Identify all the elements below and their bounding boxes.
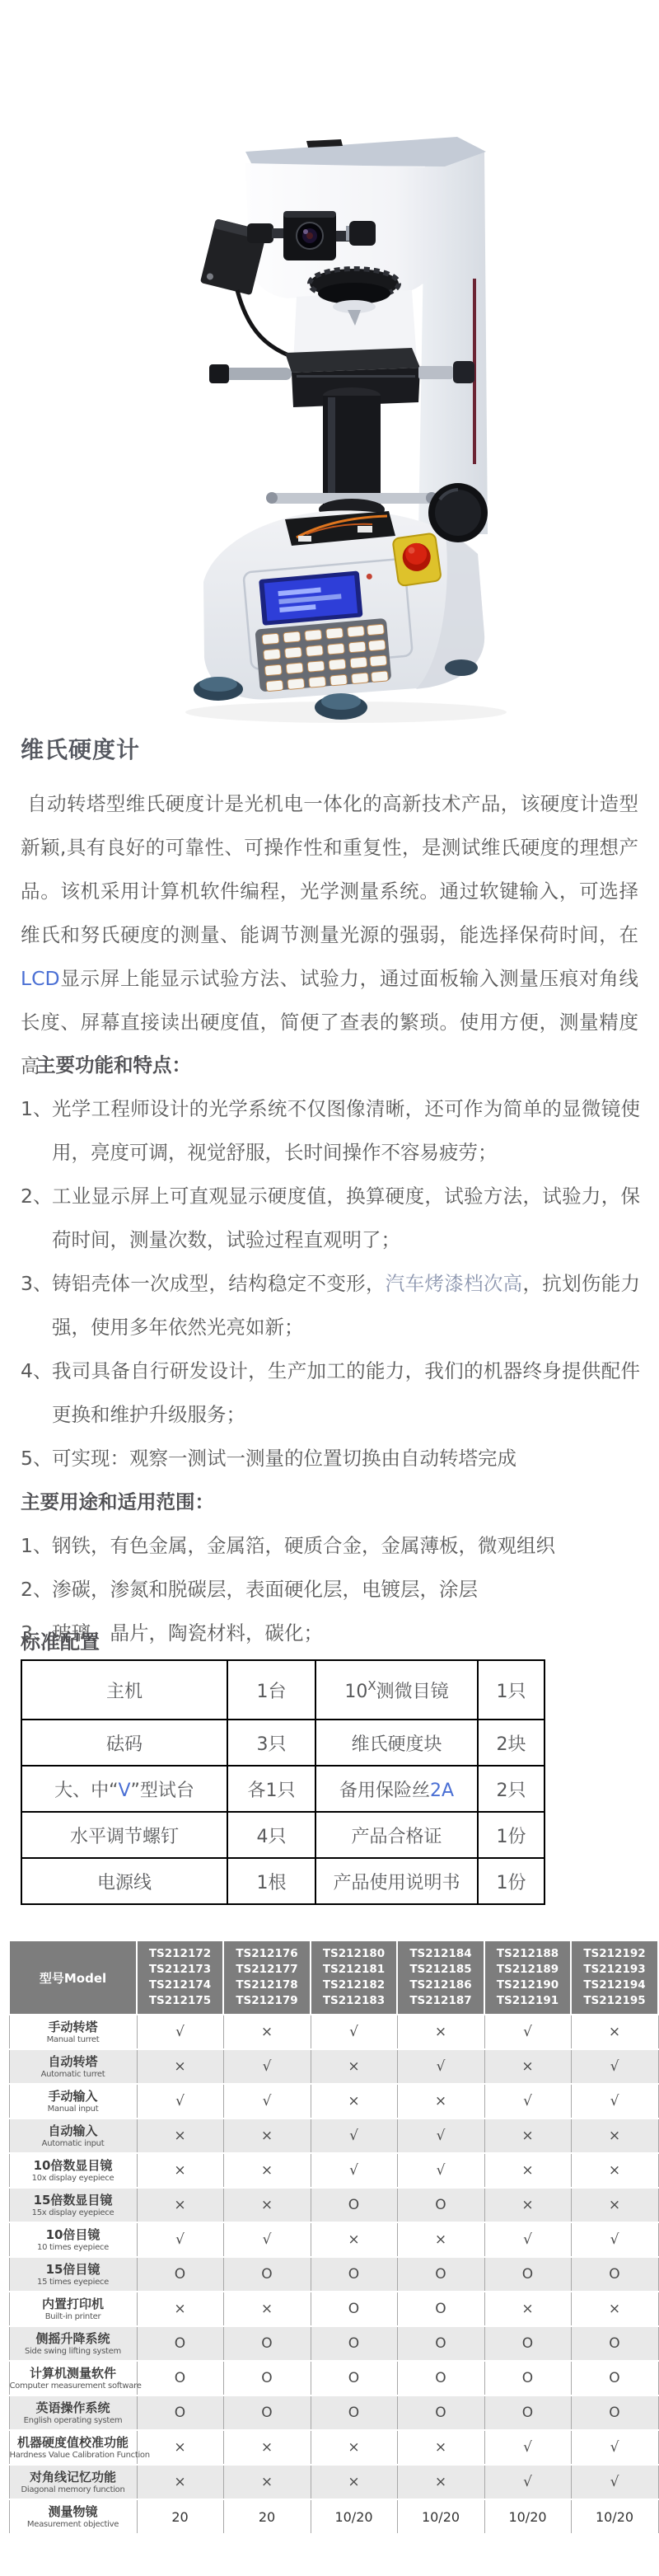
spec-value-cell: √ xyxy=(137,2084,223,2119)
spec-value-cell: O xyxy=(311,2292,397,2326)
spec-row: 英语操作系统English operating systemOOOOOO xyxy=(9,2395,658,2430)
spec-value-cell: × xyxy=(137,2049,223,2084)
spec-value-cell: × xyxy=(223,2153,311,2188)
spec-label-cn: 内置打印机 xyxy=(10,2297,137,2311)
spec-value-cell: O xyxy=(223,2395,311,2430)
model-number: TS212172 xyxy=(138,1946,222,1962)
spec-value-cell: × xyxy=(137,2292,223,2326)
feature-number: 3、 xyxy=(21,1262,52,1306)
spec-row: 自动转塔Automatic turret×√×√×√ xyxy=(9,2049,658,2084)
spec-row-label: 手动输入Manual input xyxy=(9,2084,137,2119)
spec-value-cell: O xyxy=(571,2326,658,2361)
spec-header-model-group: TS212188TS212189TS212190TS212191 xyxy=(484,1940,571,2015)
spec-row-label: 侧摇升降系统Side swing lifting system xyxy=(9,2326,137,2361)
spec-label-en: Manual turret xyxy=(10,2034,137,2045)
model-number: TS212189 xyxy=(485,1962,570,1978)
spec-row-label: 对角线记忆功能Diagonal memory function xyxy=(9,2465,137,2499)
spec-row-label: 手动转塔Manual turret xyxy=(9,2015,137,2049)
spec-label-cn: 英语操作系统 xyxy=(10,2400,137,2415)
spec-label-en: Side swing lifting system xyxy=(10,2346,137,2357)
spec-label-en: Computer measurement software xyxy=(10,2381,137,2391)
config-item: 电源线 xyxy=(21,1858,227,1904)
spec-row-label: 自动输入Automatic input xyxy=(9,2119,137,2153)
spec-row-label: 15倍目镜15 times eyepiece xyxy=(9,2257,137,2292)
emergency-stop-button[interactable] xyxy=(392,533,442,587)
spec-header-model-group: TS212184TS212185TS212186TS212187 xyxy=(397,1940,484,2015)
feature-text: 我司具备自行研发设计，生产加工的能力，我们的机器终身提供配件更换和维护升级服务； xyxy=(52,1359,640,1426)
spec-value-cell: √ xyxy=(484,2015,571,2049)
spec-value-cell: O xyxy=(137,2326,223,2361)
spec-value-cell: × xyxy=(137,2119,223,2153)
spec-row: 内置打印机Built-in printer××OO×× xyxy=(9,2292,658,2326)
spec-value-cell: × xyxy=(311,2222,397,2257)
eyepiece-sup: X xyxy=(367,1678,376,1693)
model-number: TS212192 xyxy=(572,1946,657,1962)
config-qty: 1根 xyxy=(227,1858,315,1904)
spec-header-model-group: TS212192TS212193TS212194TS212195 xyxy=(571,1940,658,2015)
feature-item: 3、铸铝壳体一次成型，结构稳定不变形，汽车烤漆档次高，抗划伤能力强，使用多年依然… xyxy=(21,1262,640,1349)
config-qty: 3只 xyxy=(227,1720,315,1766)
spec-value-cell: × xyxy=(137,2465,223,2499)
spec-value-cell: √ xyxy=(223,2049,311,2084)
spec-value-cell: × xyxy=(223,2119,311,2153)
model-number: TS212193 xyxy=(572,1962,657,1978)
use-number: 2、 xyxy=(21,1568,52,1612)
intro-paragraph: 自动转塔型维氏硬度计是光机电一体化的高新技术产品，该硬度计造型新颖,具有良好的可… xyxy=(21,782,638,1088)
spec-value-cell: O xyxy=(397,2292,484,2326)
spec-value-cell: O xyxy=(311,2326,397,2361)
spec-label-cn: 手动输入 xyxy=(10,2089,137,2104)
config-item: 产品合格证 xyxy=(315,1812,478,1858)
config-item: 产品使用说明书 xyxy=(315,1858,478,1904)
spec-value-cell: √ xyxy=(571,2222,658,2257)
stage-pre: 大、中“ xyxy=(54,1781,118,1801)
spec-label-en: Hardness Value Calibration Function xyxy=(10,2450,137,2461)
spec-value-cell: × xyxy=(223,2188,311,2222)
spec-value-cell: × xyxy=(397,2465,484,2499)
spec-value-cell: O xyxy=(311,2395,397,2430)
spec-label-cn: 自动转塔 xyxy=(10,2054,137,2069)
spec-value-cell: O xyxy=(137,2395,223,2430)
eyepiece-name: 测微目镜 xyxy=(376,1682,449,1702)
use-number: 1、 xyxy=(21,1524,52,1568)
intro-lcd-text: LCD xyxy=(21,967,60,990)
spec-label-en: 10x display eyepiece xyxy=(10,2173,137,2184)
spec-value-cell: × xyxy=(397,2015,484,2049)
use-text: 渗碳，渗氮和脱碳层，表面硬化层，电镀层，涂层 xyxy=(52,1578,478,1601)
side-knob[interactable] xyxy=(428,483,488,542)
feature-item: 4、我司具备自行研发设计，生产加工的能力，我们的机器终身提供配件更换和维护升级服… xyxy=(21,1349,640,1437)
spec-value-cell: O xyxy=(397,2361,484,2395)
feature-number: 4、 xyxy=(21,1349,52,1393)
config-row: 大、中“V”型试台 各1只 备用保险丝2A 2只 xyxy=(21,1766,544,1812)
spec-table-header: 型号ModelTS212172TS212173TS212174TS212175T… xyxy=(9,1940,658,2015)
spec-header-model-group: TS212172TS212173TS212174TS212175 xyxy=(137,1940,223,2015)
features-heading: 主要功能和特点： xyxy=(36,1044,640,1087)
spec-row: 计算机测量软件Computer measurement softwareOOOO… xyxy=(9,2361,658,2395)
spec-value-cell: O xyxy=(571,2395,658,2430)
spec-value-cell: × xyxy=(571,2015,658,2049)
spec-label-en: Measurement objective xyxy=(10,2519,137,2530)
spec-value-cell: × xyxy=(223,2430,311,2465)
spec-value-cell: √ xyxy=(484,2430,571,2465)
spec-value-cell: √ xyxy=(571,2465,658,2499)
spec-value-cell: 10/20 xyxy=(397,2499,484,2534)
spec-row-label: 10倍目镜10 times eyepiece xyxy=(9,2222,137,2257)
spec-label-en: 10 times eyepiece xyxy=(10,2242,137,2253)
config-item: 砝码 xyxy=(21,1720,227,1766)
spec-row: 10倍数显目镜10x display eyepiece××√√×× xyxy=(9,2153,658,2188)
spec-label-cn: 10倍数显目镜 xyxy=(10,2158,137,2173)
stage-v: V xyxy=(118,1781,130,1801)
spec-value-cell: √ xyxy=(397,2119,484,2153)
model-number: TS212194 xyxy=(572,1978,657,1993)
spec-header-model-label: 型号Model xyxy=(9,1940,137,2015)
config-item: 大、中“V”型试台 xyxy=(21,1766,227,1812)
uses-heading: 主要用途和适用范围： xyxy=(21,1480,640,1524)
spec-value-cell: × xyxy=(397,2222,484,2257)
spec-label-en: 15x display eyepiece xyxy=(10,2208,137,2218)
config-row: 电源线 1根 产品使用说明书 1份 xyxy=(21,1858,544,1904)
config-row: 水平调节螺钉 4只 产品合格证 1份 xyxy=(21,1812,544,1858)
spec-value-cell: √ xyxy=(571,2430,658,2465)
spec-value-cell: × xyxy=(137,2153,223,2188)
spec-row-label: 自动转塔Automatic turret xyxy=(9,2049,137,2084)
spec-value-cell: × xyxy=(484,2119,571,2153)
spec-row-label: 机器硬度值校准功能Hardness Value Calibration Func… xyxy=(9,2430,137,2465)
spec-value-cell: O xyxy=(397,2395,484,2430)
loading-column xyxy=(323,387,381,511)
config-item: 维氏硬度块 xyxy=(315,1720,478,1766)
model-number: TS212178 xyxy=(224,1978,310,1993)
spec-value-cell: O xyxy=(484,2326,571,2361)
spec-value-cell: × xyxy=(223,2015,311,2049)
spec-row-label: 15倍数显目镜15x display eyepiece xyxy=(9,2188,137,2222)
spec-value-cell: × xyxy=(571,2119,658,2153)
spec-row-label: 10倍数显目镜10x display eyepiece xyxy=(9,2153,137,2188)
spec-row-label: 英语操作系统English operating system xyxy=(9,2395,137,2430)
spec-value-cell: √ xyxy=(137,2015,223,2049)
feature-highlight: 汽车烤漆档次高 xyxy=(386,1272,523,1295)
spec-value-cell: × xyxy=(223,2465,311,2499)
spec-label-cn: 手动转塔 xyxy=(10,2020,137,2034)
feature-text: 工业显示屏上可直观显示硬度值，换算硬度，试验方法，试验力，保荷时间，测量次数，试… xyxy=(52,1185,640,1251)
spec-value-cell: × xyxy=(571,2188,658,2222)
spec-row: 机器硬度值校准功能Hardness Value Calibration Func… xyxy=(9,2430,658,2465)
spec-value-cell: O xyxy=(311,2257,397,2292)
spec-value-cell: 10/20 xyxy=(484,2499,571,2534)
config-qty: 2只 xyxy=(478,1766,544,1812)
spec-row-label: 计算机测量软件Computer measurement software xyxy=(9,2361,137,2395)
spec-value-cell: O xyxy=(137,2257,223,2292)
spec-label-en: English operating system xyxy=(10,2415,137,2426)
spec-value-cell: O xyxy=(397,2257,484,2292)
config-qty: 1台 xyxy=(227,1660,315,1720)
spec-row: 对角线记忆功能Diagonal memory function××××√√ xyxy=(9,2465,658,2499)
feature-number: 5、 xyxy=(21,1437,52,1480)
spec-row: 手动转塔Manual turret√×√×√× xyxy=(9,2015,658,2049)
model-number: TS212190 xyxy=(485,1978,570,1993)
use-item: 1、钢铁，有色金属，金属箔，硬质合金，金属薄板，微观组织 xyxy=(21,1524,640,1568)
model-number: TS212182 xyxy=(311,1978,396,1993)
micrometer-knob xyxy=(349,221,376,246)
model-number: TS212191 xyxy=(485,1993,570,2009)
config-qty: 1份 xyxy=(478,1858,544,1904)
spec-label-en: Built-in printer xyxy=(10,2311,137,2322)
spec-value-cell: √ xyxy=(311,2015,397,2049)
spec-value-cell: √ xyxy=(484,2222,571,2257)
spec-row: 手动输入Manual input√√××√√ xyxy=(9,2084,658,2119)
spec-value-cell: O xyxy=(484,2395,571,2430)
model-number: TS212183 xyxy=(311,1993,396,2009)
spec-value-cell: √ xyxy=(571,2049,658,2084)
spec-value-cell: × xyxy=(311,2465,397,2499)
spec-value-cell: 20 xyxy=(137,2499,223,2534)
model-number: TS212187 xyxy=(398,1993,484,2009)
spec-value-cell: × xyxy=(311,2049,397,2084)
spec-value-cell: O xyxy=(397,2326,484,2361)
model-number: TS212174 xyxy=(138,1978,222,1993)
intro-text-1: 自动转塔型维氏硬度计是光机电一体化的高新技术产品，该硬度计造型新颖,具有良好的可… xyxy=(21,792,638,946)
spec-label-cn: 机器硬度值校准功能 xyxy=(10,2435,137,2450)
spec-row-label: 内置打印机Built-in printer xyxy=(9,2292,137,2326)
config-qty: 4只 xyxy=(227,1812,315,1858)
spec-value-cell: √ xyxy=(397,2153,484,2188)
spec-value-cell: O xyxy=(311,2361,397,2395)
model-number: TS212186 xyxy=(398,1978,484,1993)
config-item: 10X测微目镜 xyxy=(315,1660,478,1720)
spec-label-cn: 15倍数显目镜 xyxy=(10,2193,137,2208)
config-item: 水平调节螺钉 xyxy=(21,1812,227,1858)
keypad[interactable] xyxy=(255,618,391,692)
feature-item: 1、光学工程师设计的光学系统不仅图像清晰，还可作为简单的显微镜使用，亮度可调，视… xyxy=(21,1087,640,1175)
spec-value-cell: × xyxy=(223,2292,311,2326)
config-qty: 1只 xyxy=(478,1660,544,1720)
spec-table: 型号ModelTS212172TS212173TS212174TS212175T… xyxy=(8,1940,659,2535)
spec-value-cell: × xyxy=(397,2430,484,2465)
spec-row: 15倍目镜15 times eyepieceOOOOOO xyxy=(9,2257,658,2292)
feature-text: 铸铝壳体一次成型，结构稳定不变形， xyxy=(52,1272,386,1295)
spec-value-cell: O xyxy=(311,2188,397,2222)
spec-value-cell: × xyxy=(311,2430,397,2465)
spec-value-cell: × xyxy=(311,2084,397,2119)
product-page: 维氏硬度计 自动转塔型维氏硬度计是光机电一体化的高新技术产品，该硬度计造型新颖,… xyxy=(0,0,659,2576)
feature-number: 2、 xyxy=(21,1175,52,1218)
spec-value-cell: √ xyxy=(223,2084,311,2119)
spec-row: 自动输入Automatic input××√√×× xyxy=(9,2119,658,2153)
use-text: 钢铁，有色金属，金属箔，硬质合金，金属薄板，微观组织 xyxy=(52,1534,555,1557)
spec-value-cell: O xyxy=(137,2361,223,2395)
config-item: 备用保险丝2A xyxy=(315,1766,478,1812)
model-number: TS212180 xyxy=(311,1946,396,1962)
config-item: 主机 xyxy=(21,1660,227,1720)
model-number: TS212173 xyxy=(138,1962,222,1978)
config-qty: 2块 xyxy=(478,1720,544,1766)
spec-value-cell: O xyxy=(571,2361,658,2395)
spec-value-cell: √ xyxy=(571,2084,658,2119)
spec-value-cell: 20 xyxy=(223,2499,311,2534)
fuse-name: 备用保险丝 xyxy=(339,1781,430,1801)
spec-value-cell: O xyxy=(484,2257,571,2292)
spec-value-cell: √ xyxy=(223,2222,311,2257)
spec-label-cn: 计算机测量软件 xyxy=(10,2366,137,2381)
spec-row-label: 测量物镜Measurement objective xyxy=(9,2499,137,2534)
config-row: 砝码 3只 维氏硬度块 2块 xyxy=(21,1720,544,1766)
spec-value-cell: 10/20 xyxy=(311,2499,397,2534)
stage-post: ”型试台 xyxy=(131,1781,194,1801)
model-number: TS212176 xyxy=(224,1946,310,1962)
spec-value-cell: √ xyxy=(484,2084,571,2119)
features-section: 主要功能和特点： 1、光学工程师设计的光学系统不仅图像清晰，还可作为简单的显微镜… xyxy=(21,1044,640,1655)
spec-header-model-group: TS212176TS212177TS212178TS212179 xyxy=(223,1940,311,2015)
model-number: TS212195 xyxy=(572,1993,657,2009)
spec-label-cn: 自动输入 xyxy=(10,2123,137,2138)
spec-value-cell: × xyxy=(484,2049,571,2084)
spec-label-cn: 侧摇升降系统 xyxy=(10,2331,137,2346)
spec-value-cell: O xyxy=(571,2257,658,2292)
spec-value-cell: O xyxy=(397,2188,484,2222)
use-item: 3、玻璃，晶片，陶瓷材料，碳化； xyxy=(21,1612,640,1655)
spec-value-cell: √ xyxy=(137,2222,223,2257)
config-heading: 标准配置 xyxy=(21,1626,100,1654)
use-item: 2、渗碳，渗氮和脱碳层，表面硬化层，电镀层，涂层 xyxy=(21,1568,640,1612)
spec-label-en: Automatic turret xyxy=(10,2069,137,2080)
model-number: TS212175 xyxy=(138,1993,222,2009)
eyepiece-base: 10 xyxy=(344,1682,367,1702)
feature-text: 可实现：观察一测试一测量的位置切换由自动转塔完成 xyxy=(52,1447,516,1470)
model-number: TS212188 xyxy=(485,1946,570,1962)
spec-value-cell: 10/20 xyxy=(571,2499,658,2534)
config-qty: 1份 xyxy=(478,1812,544,1858)
spec-value-cell: × xyxy=(397,2084,484,2119)
product-photo xyxy=(0,0,659,725)
spec-value-cell: × xyxy=(571,2153,658,2188)
spec-label-en: Diagonal memory function xyxy=(10,2485,137,2495)
spec-value-cell: √ xyxy=(311,2153,397,2188)
spec-label-en: 15 times eyepiece xyxy=(10,2277,137,2287)
model-number: TS212179 xyxy=(224,1993,310,2009)
spec-label-cn: 测量物镜 xyxy=(10,2504,137,2519)
spec-row: 测量物镜Measurement objective202010/2010/201… xyxy=(9,2499,658,2534)
spec-value-cell: × xyxy=(571,2292,658,2326)
config-table: 主机 1台 10X测微目镜 1只 砝码 3只 维氏硬度块 2块 大、中“V”型试… xyxy=(21,1659,545,1905)
spec-row: 10倍目镜10 times eyepiece√√××√√ xyxy=(9,2222,658,2257)
feature-item: 5、可实现：观察一测试一测量的位置切换由自动转塔完成 xyxy=(21,1437,640,1480)
spec-value-cell: O xyxy=(223,2361,311,2395)
feature-text: 光学工程师设计的光学系统不仅图像清晰，还可作为简单的显微镜使用，亮度可调，视觉舒… xyxy=(52,1097,640,1164)
spec-value-cell: × xyxy=(484,2188,571,2222)
fuse-rating: 2A xyxy=(430,1781,454,1801)
spec-row: 侧摇升降系统Side swing lifting systemOOOOOO xyxy=(9,2326,658,2361)
spec-value-cell: O xyxy=(223,2326,311,2361)
spec-value-cell: √ xyxy=(397,2049,484,2084)
spec-label-cn: 对角线记忆功能 xyxy=(10,2470,137,2485)
spec-row: 15倍数显目镜15x display eyepiece××OO×× xyxy=(9,2188,658,2222)
feature-number: 1、 xyxy=(21,1087,52,1131)
spec-value-cell: √ xyxy=(484,2465,571,2499)
spec-value-cell: × xyxy=(484,2292,571,2326)
spec-label-cn: 15倍目镜 xyxy=(10,2262,137,2277)
config-qty: 各1只 xyxy=(227,1766,315,1812)
spec-label-en: Manual input xyxy=(10,2104,137,2114)
feature-item: 2、工业显示屏上可直观显示硬度值，换算硬度，试验方法，试验力，保荷时间，测量次数… xyxy=(21,1175,640,1262)
spec-label-en: Automatic input xyxy=(10,2138,137,2149)
page-title: 维氏硬度计 xyxy=(21,732,140,765)
model-number: TS212184 xyxy=(398,1946,484,1962)
spec-header-model-group: TS212180TS212181TS212182TS212183 xyxy=(311,1940,397,2015)
spec-value-cell: × xyxy=(484,2153,571,2188)
model-number: TS212181 xyxy=(311,1962,396,1978)
spec-value-cell: × xyxy=(137,2188,223,2222)
spec-value-cell: O xyxy=(484,2361,571,2395)
spec-label-cn: 10倍目镜 xyxy=(10,2227,137,2242)
spec-value-cell: O xyxy=(223,2257,311,2292)
config-row: 主机 1台 10X测微目镜 1只 xyxy=(21,1660,544,1720)
spec-value-cell: √ xyxy=(311,2119,397,2153)
model-number: TS212177 xyxy=(224,1962,310,1978)
model-number: TS212185 xyxy=(398,1962,484,1978)
